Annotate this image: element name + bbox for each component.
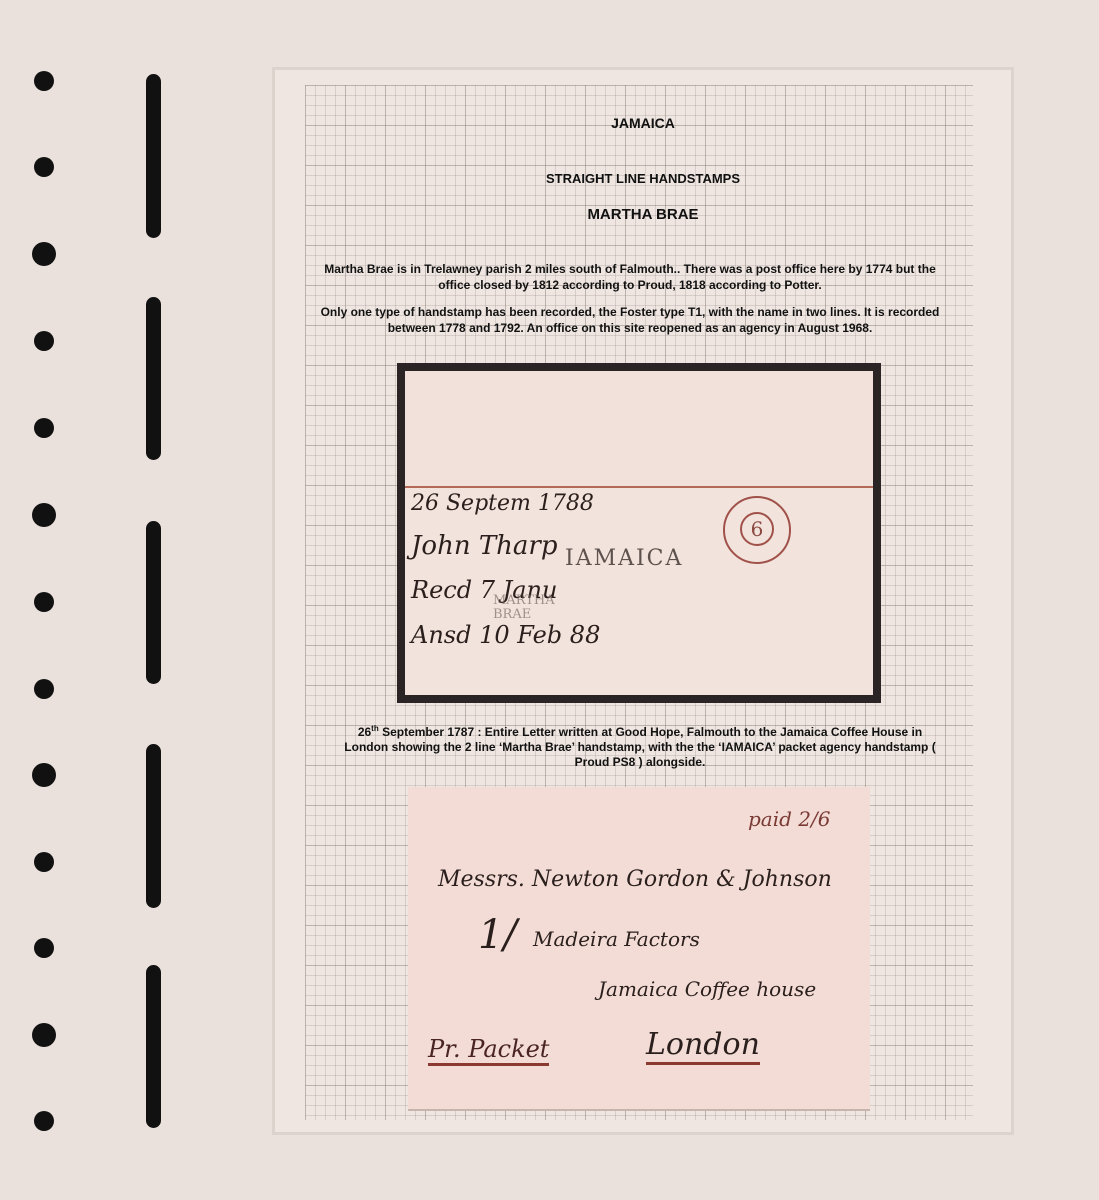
binder-hole — [32, 763, 56, 787]
binder-slot — [146, 965, 161, 1128]
address-line: Messrs. Newton Gordon & Johnson — [438, 867, 832, 892]
bishop-mark: 6 — [723, 496, 791, 564]
binder-hole — [34, 71, 54, 91]
address-line: Jamaica Coffee house — [598, 977, 816, 1001]
jamaica-handstamp: IAMAICA — [565, 546, 683, 571]
item1-caption: 26th September 1787 : Entire Letter writ… — [340, 721, 940, 770]
binder-hole — [32, 1023, 56, 1047]
binder-hole — [34, 852, 54, 872]
binder-hole — [34, 679, 54, 699]
docket-line: 26 Septem 1788 — [411, 491, 594, 516]
cover-image-2: paid 2/6 Messrs. Newton Gordon & Johnson… — [408, 787, 870, 1111]
docket-line: Ansd 10 Feb 88 — [411, 621, 600, 649]
intro-paragraph-2: Only one type of handstamp has been reco… — [320, 304, 940, 336]
address-line: Madeira Factors — [533, 927, 700, 951]
binder-slot — [146, 74, 161, 238]
binder-hole — [32, 242, 56, 266]
rate-mark: 1/ — [478, 912, 517, 958]
docket-line: John Tharp — [411, 531, 558, 561]
binder-hole — [34, 592, 54, 612]
section-title: STRAIGHT LINE HANDSTAMPS — [272, 171, 1014, 186]
cover-flap — [405, 371, 873, 488]
binder-hole — [34, 331, 54, 351]
intro-paragraph-1: Martha Brae is in Trelawney parish 2 mil… — [320, 261, 940, 293]
paid-rate-mark: paid 2/6 — [748, 807, 830, 831]
binder-hole — [34, 157, 54, 177]
binder-slot — [146, 297, 161, 460]
cover-image-1: 26 Septem 1788 John Tharp Recd 7 Janu An… — [397, 363, 881, 703]
martha-brae-handstamp: MARTHABRAE — [493, 594, 555, 622]
binder-slot — [146, 744, 161, 908]
binder-hole — [34, 1111, 54, 1131]
page-country-title: JAMAICA — [272, 115, 1014, 131]
binder-hole — [34, 418, 54, 438]
binder-hole — [32, 503, 56, 527]
binder-hole — [34, 938, 54, 958]
address-line: London — [646, 1027, 760, 1065]
subsection-title: MARTHA BRAE — [272, 206, 1014, 223]
binder-slot — [146, 521, 161, 684]
route-mark: Pr. Packet — [428, 1035, 549, 1066]
